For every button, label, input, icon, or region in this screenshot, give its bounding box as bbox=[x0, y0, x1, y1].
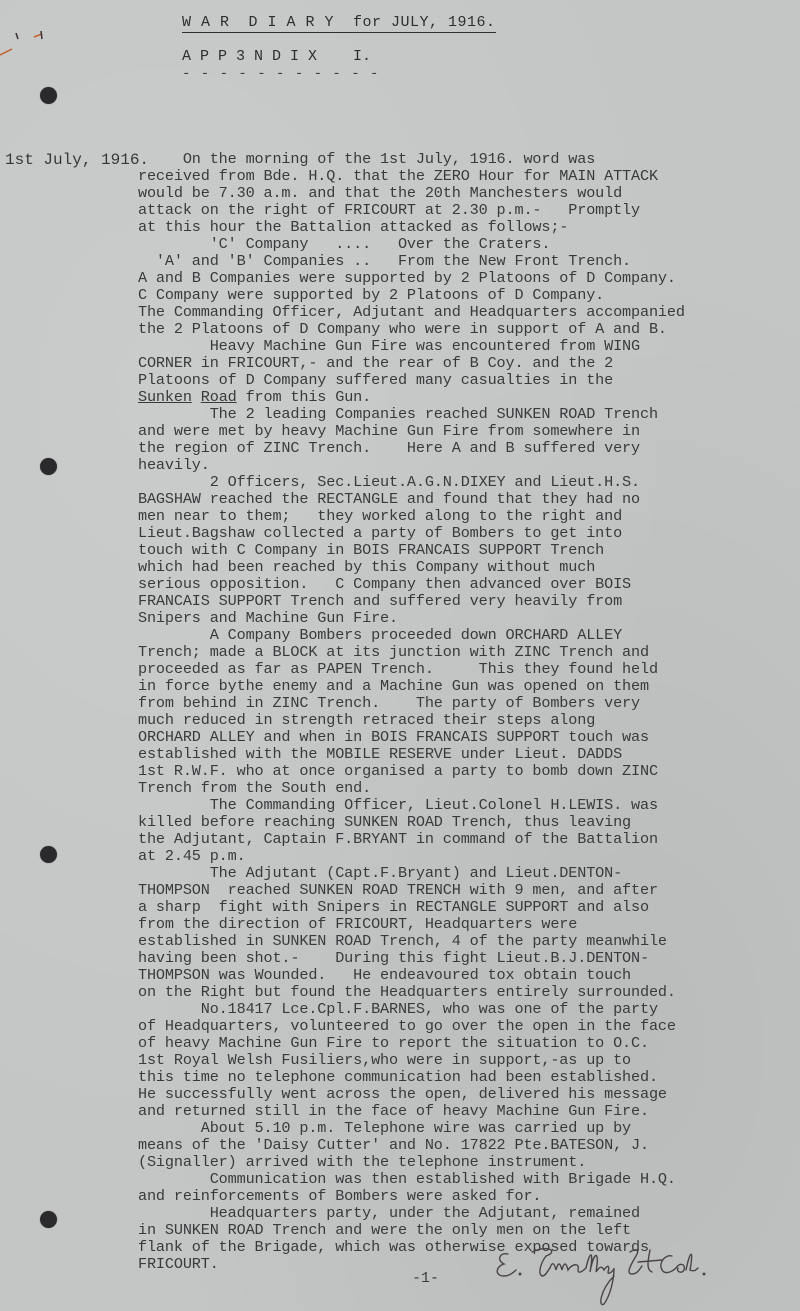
text-line: the Adjutant, Captain F.BRYANT in comman… bbox=[138, 831, 798, 848]
text-line: much reduced in strength retraced their … bbox=[138, 712, 798, 729]
text-line: killed before reaching SUNKEN ROAD Trenc… bbox=[138, 814, 798, 831]
text-line: received from Bde. H.Q. that the ZERO Ho… bbox=[138, 168, 798, 185]
text-line: of Headquarters, volunteered to go over … bbox=[138, 1018, 798, 1035]
text-line: 'A' and 'B' Companies .. From the New Fr… bbox=[138, 253, 798, 270]
text-line: on the Right but found the Headquarters … bbox=[138, 984, 798, 1001]
text-line: Platoons of D Company suffered many casu… bbox=[138, 372, 798, 389]
text-line: A and B Companies were supported by 2 Pl… bbox=[138, 270, 798, 287]
text-line: from the direction of FRICOURT, Headquar… bbox=[138, 916, 798, 933]
heading-underline-dashes: - - - - - - - - - - - bbox=[182, 66, 379, 82]
underlined-text: Road bbox=[201, 388, 237, 406]
punch-hole-icon bbox=[40, 1211, 57, 1228]
text-line: The 2 leading Companies reached SUNKEN R… bbox=[138, 406, 798, 423]
diary-entry-body: On the morning of the 1st July, 1916. wo… bbox=[138, 151, 798, 1273]
text-line: heavily. bbox=[138, 457, 798, 474]
text-line: in SUNKEN ROAD Trench and were the only … bbox=[138, 1222, 798, 1239]
text-line: Trench from the South end. bbox=[138, 780, 798, 797]
text-line: touch with C Company in BOIS FRANCAIS SU… bbox=[138, 542, 798, 559]
text-line: from behind in ZINC Trench. The party of… bbox=[138, 695, 798, 712]
text-line: established with the MOBILE RESERVE unde… bbox=[138, 746, 798, 763]
text-line: BAGSHAW reached the RECTANGLE and found … bbox=[138, 491, 798, 508]
text-line: this time no telephone communication had… bbox=[138, 1069, 798, 1086]
text-line: having been shot.- During this fight Lie… bbox=[138, 950, 798, 967]
text-line: He successfully went across the open, de… bbox=[138, 1086, 798, 1103]
text-line: proceeded as far as PAPEN Trench. This t… bbox=[138, 661, 798, 678]
text-line: 1st R.W.F. who at once organised a party… bbox=[138, 763, 798, 780]
text-line: Lieut.Bagshaw collected a party of Bombe… bbox=[138, 525, 798, 542]
text-line: in force bythe enemy and a Machine Gun w… bbox=[138, 678, 798, 695]
text-line: No.18417 Lce.Cpl.F.BARNES, who was one o… bbox=[138, 1001, 798, 1018]
underlined-text: Sunken bbox=[138, 388, 192, 406]
text-line: the region of ZINC Trench. Here A and B … bbox=[138, 440, 798, 457]
text-line: On the morning of the 1st July, 1916. wo… bbox=[138, 151, 798, 168]
text-line: and reinforcements of Bombers were asked… bbox=[138, 1188, 798, 1205]
text-line: Sunken Road from this Gun. bbox=[138, 389, 798, 406]
text-line: would be 7.30 a.m. and that the 20th Man… bbox=[138, 185, 798, 202]
appendix-heading: A P P 3 N D I X I. bbox=[182, 48, 371, 65]
text-line: established in SUNKEN ROAD Trench, 4 of … bbox=[138, 933, 798, 950]
text-line: 1st Royal Welsh Fusiliers,who were in su… bbox=[138, 1052, 798, 1069]
text-line: men near to them; they worked along to t… bbox=[138, 508, 798, 525]
text-line: 2 Officers, Sec.Lieut.A.G.N.DIXEY and Li… bbox=[138, 474, 798, 491]
text-line: The Commanding Officer, Adjutant and Hea… bbox=[138, 304, 798, 321]
margin-mark-icon bbox=[0, 25, 70, 65]
text-line: The Commanding Officer, Lieut.Colonel H.… bbox=[138, 797, 798, 814]
text-line: CORNER in FRICOURT,- and the rear of B C… bbox=[138, 355, 798, 372]
entry-date: 1st July, 1916. bbox=[5, 151, 149, 169]
text-line: of heavy Machine Gun Fire to report the … bbox=[138, 1035, 798, 1052]
text-line: ORCHARD ALLEY and when in BOIS FRANCAIS … bbox=[138, 729, 798, 746]
text-line: The Adjutant (Capt.F.Bryant) and Lieut.D… bbox=[138, 865, 798, 882]
punch-hole-icon bbox=[40, 87, 57, 104]
text-line: THOMPSON reached SUNKEN ROAD TRENCH with… bbox=[138, 882, 798, 899]
page-number: -1- bbox=[412, 1270, 439, 1287]
text-line: Trench; made a BLOCK at its junction wit… bbox=[138, 644, 798, 661]
text-line: at 2.45 p.m. bbox=[138, 848, 798, 865]
text-line: Communication was then established with … bbox=[138, 1171, 798, 1188]
handwritten-signature: E. Smalley Lt-Col. bbox=[490, 1240, 770, 1310]
text-line: means of the 'Daisy Cutter' and No. 1782… bbox=[138, 1137, 798, 1154]
document-page: W A R D I A R Y for JULY, 1916. A P P 3 … bbox=[0, 0, 800, 1311]
text-line: FRANCAIS SUPPORT Trench and suffered ver… bbox=[138, 593, 798, 610]
text-line: (Signaller) arrived with the telephone i… bbox=[138, 1154, 798, 1171]
text-line: serious opposition. C Company then advan… bbox=[138, 576, 798, 593]
text-line: A Company Bombers proceeded down ORCHARD… bbox=[138, 627, 798, 644]
text-line: Heavy Machine Gun Fire was encountered f… bbox=[138, 338, 798, 355]
text-line: About 5.10 p.m. Telephone wire was carri… bbox=[138, 1120, 798, 1137]
text-line: which had been reached by this Company w… bbox=[138, 559, 798, 576]
text-line: THOMPSON was Wounded. He endeavoured tox… bbox=[138, 967, 798, 984]
text-line: at this hour the Battalion attacked as f… bbox=[138, 219, 798, 236]
text-line: Snipers and Machine Gun Fire. bbox=[138, 610, 798, 627]
text-line: and returned still in the face of heavy … bbox=[138, 1103, 798, 1120]
text-line: a sharp fight with Snipers in RECTANGLE … bbox=[138, 899, 798, 916]
text-line: Headquarters party, under the Adjutant, … bbox=[138, 1205, 798, 1222]
text-line: 'C' Company .... Over the Craters. bbox=[138, 236, 798, 253]
text-line: and were met by heavy Machine Gun Fire f… bbox=[138, 423, 798, 440]
text-line: attack on the right of FRICOURT at 2.30 … bbox=[138, 202, 798, 219]
punch-hole-icon bbox=[40, 458, 57, 475]
text-line: C Company were supported by 2 Platoons o… bbox=[138, 287, 798, 304]
text-line: the 2 Platoons of D Company who were in … bbox=[138, 321, 798, 338]
punch-hole-icon bbox=[40, 846, 57, 863]
document-title: W A R D I A R Y for JULY, 1916. bbox=[182, 14, 496, 33]
